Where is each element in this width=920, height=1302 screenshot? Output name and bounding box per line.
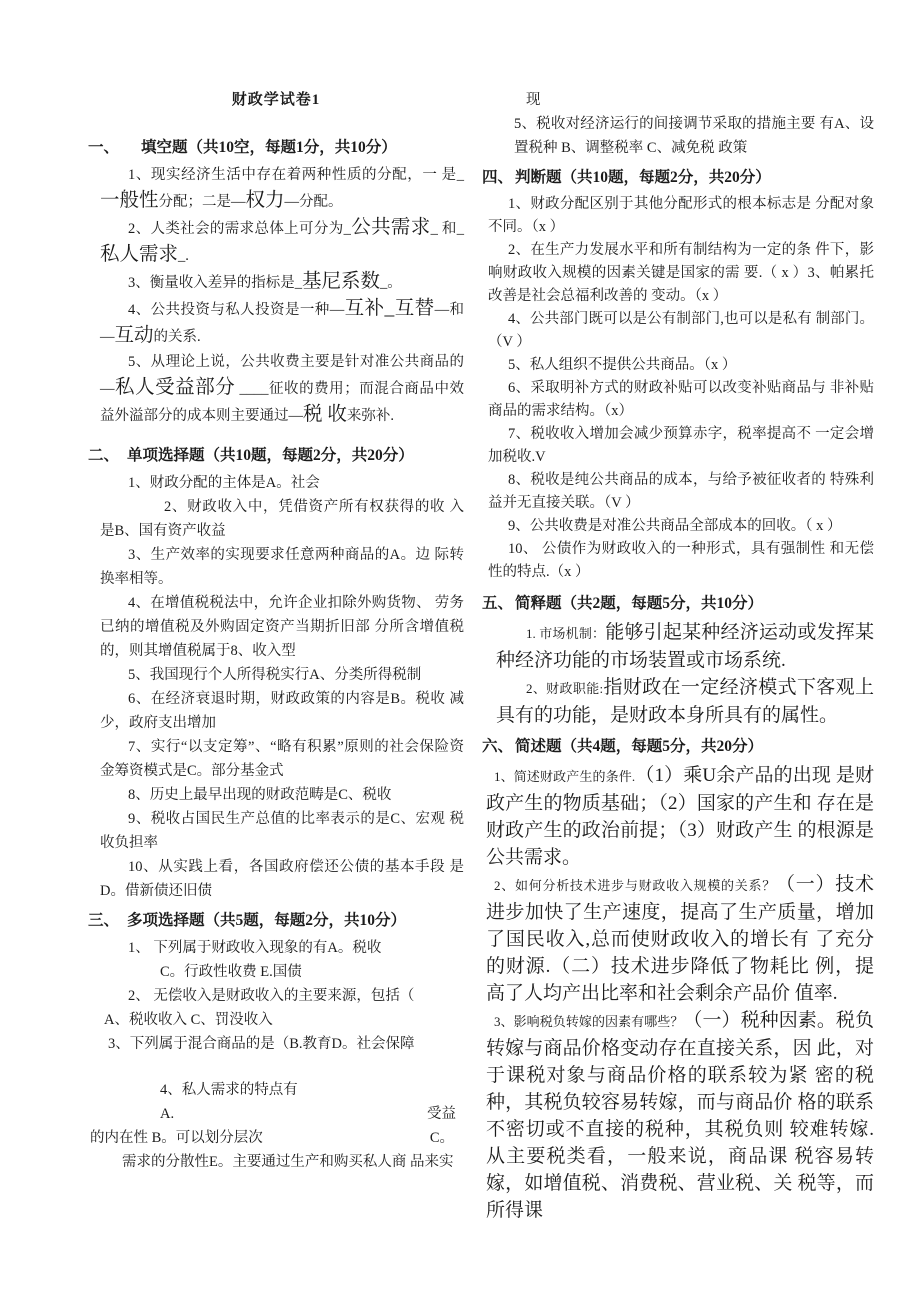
section-6-header: 六、 简述题（共4题，每题5分，共20分）	[482, 734, 874, 760]
fill-blank-q4: 4、公共投资与私人投资是一种—互补_互替—和—互动的关系.	[88, 296, 464, 350]
page-title: 财政学试卷1	[88, 88, 464, 109]
text-run: _.	[178, 248, 189, 264]
answer-text: 税 收	[303, 404, 347, 425]
section-5-number: 五、	[482, 591, 513, 617]
answer-text: 公共需求	[351, 217, 431, 238]
essay-q2: 2、如何分析技术进步与财政收入规模的关系？（一）技术进步加快了生产速度，提高了生…	[482, 871, 874, 1007]
fill-blank-q1: 1、现实经济生活中存在着两种性质的分配，一 是_一般性分配；二是—权力—分配。	[88, 163, 464, 215]
section-3-number: 三、	[88, 908, 119, 934]
judge-q10: 10、 公债作为财政收入的一种形式，具有强制性 和无偿性的特点.（x ）	[482, 538, 874, 584]
section-3-title: 多项选择题（共5题，每题2分，共10分）	[127, 908, 406, 934]
brief-q1: 1. 市场机制：能够引起某种经济运动或发挥某种经济功能的市场装置或市场系统.	[482, 619, 874, 674]
answer-text: 私人需求	[100, 244, 178, 265]
text-run: _。	[380, 275, 402, 291]
judge-q4: 4、公共部门既可以是公有制部门,也可以是私有 制部门。（V ）	[482, 308, 874, 354]
two-column-layout: 财政学试卷1 一、 填空题（共10空，每题1分，共10分） 1、现实经济生活中存…	[0, 0, 920, 1224]
answer-text: 互动	[115, 325, 154, 346]
section-1-title: 填空题（共10空，每题1分，共10分）	[141, 135, 397, 161]
single-choice-q3: 3、生产效率的实现要求任意两种商品的A。边 际转换率相等。	[88, 543, 464, 591]
multi-choice-q4: 4、私人需求的特点有	[88, 1078, 464, 1102]
answer-text: 基尼系数	[302, 271, 380, 292]
answer-text: （一）技术进步加快了生产速度，提高了生产质量，增加了国民收入,总而使财政收入的增…	[486, 874, 874, 1004]
multi-choice-q1: 1、 下列属于财政收入现象的有A。税收	[88, 936, 464, 960]
judge-q7: 7、税收收入增加会减少预算赤字，税率提高不 一定会增加税收.V	[482, 423, 874, 469]
single-choice-q5: 5、我国现行个人所得税实行A、分类所得税制	[88, 663, 464, 687]
multi-choice-q3: 3、下列属于混合商品的是（B.教育D。社会保障	[88, 1032, 464, 1056]
text-run: 1、现实经济生活中存在着两种性质的分配，一 是_	[128, 167, 464, 183]
judge-q8: 8、税收是纯公共商品的成本，与给予被征收者的 特殊利益并无直接关联。（V ）	[482, 469, 874, 515]
section-1-header: 一、 填空题（共10空，每题1分，共10分）	[88, 135, 464, 161]
judge-q5: 5、私人组织不提供公共商品。（x ）	[482, 354, 874, 377]
answer-text: 一般性	[100, 190, 159, 211]
multi-choice-q2: 2、 无偿收入是财政收入的主要来源，包括（	[88, 984, 464, 1008]
question-lead: 3、影响税负转嫁的因素有哪些？	[494, 1014, 683, 1029]
text-run: 2、人类社会的需求总体上可分为_	[128, 221, 351, 237]
single-choice-q6: 6、在经济衰退时期，财政政策的内容是B。税收 减少，政府支出增加	[88, 687, 464, 735]
multi-choice-q4-line4: 需求的分散性E。主要通过生产和购买私人商 品来实	[88, 1150, 464, 1174]
judge-q6: 6、采取明补方式的财政补贴可以改变补贴商品与 非补贴商品的需求结构。（x）	[482, 377, 874, 423]
question-lead: 1、简述财政产生的条件.	[494, 769, 635, 784]
section-2-header: 二、 单项选择题（共10题，每题2分，共20分）	[88, 443, 464, 469]
single-choice-q4: 4、在增值税税法中，允许企业扣除外购货物、 劳务已纳的增值税及外购固定资产当期折…	[88, 591, 464, 663]
answer-text: （一）税种因素。税负转嫁与商品价格变动存在直接关系，因 此，对于课税对象与商品价…	[486, 1010, 874, 1221]
multi-choice-q5: 5、税收对经济运行的间接调节采取的措施主要 有A、设置税种 B、调整税率 C、减…	[482, 112, 874, 160]
single-choice-q7: 7、实行“以支定筹”、“略有积累”原则的社会保险资金筹资模式是C。部分基金式	[88, 735, 464, 783]
question-lead: 1. 市场机制：	[526, 626, 605, 641]
text-run: _ 和_	[431, 221, 464, 237]
brief-q2: 2、财政职能:指财政在一定经济模式下客观上具有的功能，是财政本身所具有的属性。	[482, 674, 874, 729]
fill-blank-q2: 2、人类社会的需求总体上可分为_公共需求_ 和_私人需求_.	[88, 215, 464, 269]
judge-q2-q3: 2、在生产力发展水平和所有制结构为一定的条 件下，影响财政收入规模的因素关键是国…	[482, 239, 874, 308]
multi-choice-q4-line3: 的内在性 B。可以划分层次C。	[88, 1126, 464, 1150]
text-run: 4、公共投资与私人投资是一种—	[128, 302, 344, 318]
multi-choice-q4-continuation: 现	[482, 88, 874, 112]
option-a-label: A.	[160, 1102, 174, 1126]
single-choice-q9: 9、税收占国民生产总值的比率表示的是C、宏观 税收负担率	[88, 807, 464, 855]
judge-q1: 1、财政分配区别于其他分配形式的根本标志是 分配对象不同。（x ）	[482, 193, 874, 239]
section-5-title: 简释题（共2题，每题5分，共10分）	[515, 591, 763, 617]
multi-choice-q2-options: A、税收收入 C、罚没收入	[88, 1008, 464, 1032]
essay-q1: 1、简述财政产生的条件.（1）乘U余产品的出现 是财政产生的物质基础；（2）国家…	[482, 762, 874, 871]
multi-choice-q1-options: C。行政性收费 E.国债	[88, 960, 464, 984]
answer-text: 权力	[246, 190, 285, 211]
question-lead: 2、财政职能:	[526, 681, 603, 696]
section-6-title: 简述题（共4题，每题5分，共20分）	[515, 734, 763, 760]
question-lead: 2、如何分析技术进步与财政收入规模的关系？	[494, 878, 776, 893]
answer-text: 私人受益部分	[115, 377, 236, 398]
section-4-title: 判断题（共10题，每题2分，共20分）	[515, 165, 771, 191]
text-run: 的关系.	[154, 329, 201, 345]
fill-blank-q5: 5、从理论上说，公共收费主要是针对准公共商品的—私人受益部分 ____征收的费用…	[88, 350, 464, 429]
section-4-header: 四、 判断题（共10题，每题2分，共20分）	[482, 165, 874, 191]
section-5-header: 五、 简释题（共2题，每题5分，共10分）	[482, 591, 874, 617]
single-choice-q1: 1、财政分配的主体是A。社会	[88, 471, 464, 495]
text-run: —分配。	[285, 194, 343, 210]
section-1-number: 一、	[88, 135, 119, 161]
answer-text: 互补_互替	[344, 298, 434, 319]
exam-paper-page: 财政学试卷1 一、 填空题（共10空，每题1分，共10分） 1、现实经济生活中存…	[0, 0, 920, 1302]
single-choice-q8: 8、历史上最早出现的财政范畴是C、税收	[88, 783, 464, 807]
left-column: 财政学试卷1 一、 填空题（共10空，每题1分，共10分） 1、现实经济生活中存…	[88, 88, 464, 1224]
section-2-number: 二、	[88, 443, 119, 469]
text-run: 分配；二是—	[159, 194, 246, 210]
option-fragment: 的内在性 B。可以划分层次	[90, 1126, 263, 1150]
right-column: 现 5、税收对经济运行的间接调节采取的措施主要 有A、设置税种 B、调整税率 C…	[482, 88, 874, 1224]
text-run: 3、衡量收入差异的指标是_	[128, 275, 302, 291]
single-choice-q2: 2、财政收入中，凭借资产所有权获得的收 入是B、国有资产收益	[88, 495, 464, 543]
multi-choice-q4-line2: A.受益	[88, 1102, 464, 1126]
text-run: 来弥补.	[347, 408, 394, 424]
section-4-number: 四、	[482, 165, 513, 191]
option-fragment: 受益	[427, 1102, 456, 1126]
single-choice-q10: 10、从实践上看，各国政府偿还公债的基本手段 是D。借新债还旧债	[88, 855, 464, 903]
section-2-title: 单项选择题（共10题，每题2分，共20分）	[127, 443, 414, 469]
option-c-label: C。	[430, 1126, 454, 1150]
judge-q9: 9、公共收费是对准公共商品全部成本的回收。（ x ）	[482, 515, 874, 538]
essay-q3: 3、影响税负转嫁的因素有哪些？（一）税种因素。税负转嫁与商品价格变动存在直接关系…	[482, 1007, 874, 1224]
section-3-header: 三、 多项选择题（共5题，每题2分，共10分）	[88, 908, 464, 934]
section-6-number: 六、	[482, 734, 513, 760]
fill-blank-q3: 3、衡量收入差异的指标是_基尼系数_。	[88, 269, 464, 296]
